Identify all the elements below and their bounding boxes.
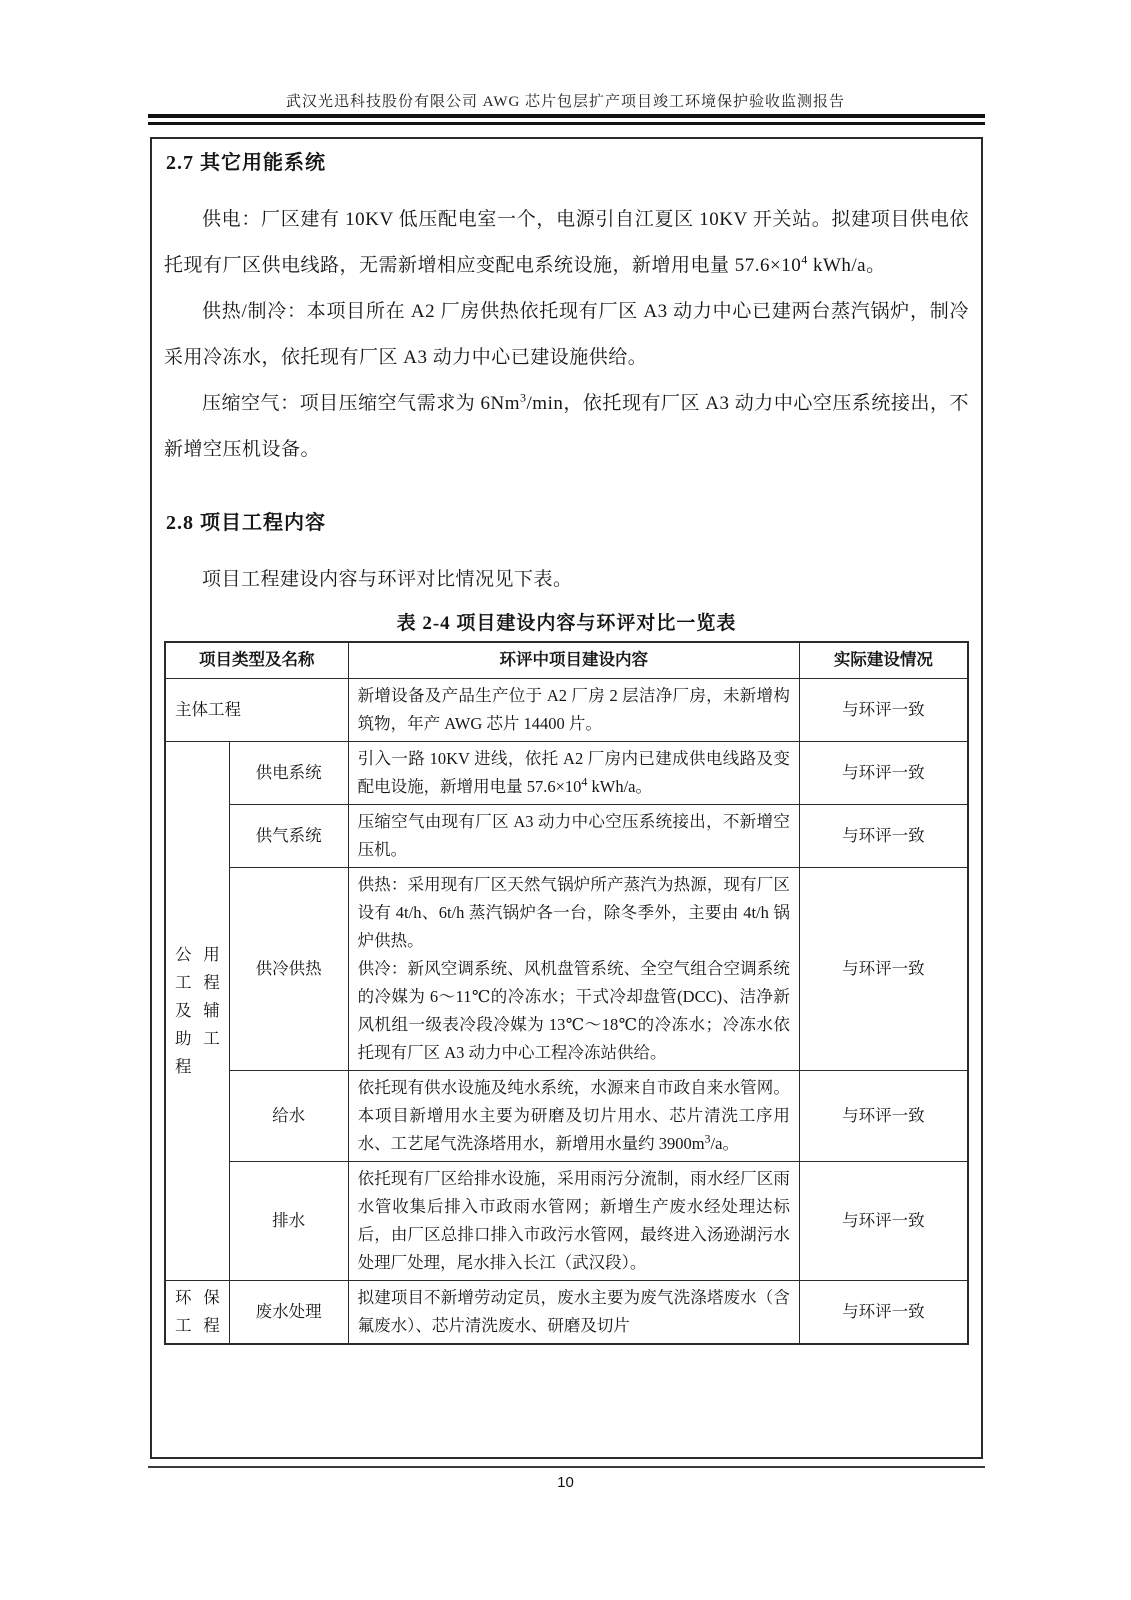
document-header-title: 武汉光迅科技股份有限公司 AWG 芯片包层扩产项目竣工环境保护验收监测报告 [0,90,1131,111]
column-header-actual: 实际建设情况 [799,642,968,678]
group-label-env-protection: 环保工程 [165,1280,229,1344]
row-content-main-project: 新增设备及产品生产位于 A2 厂房 2 层洁净厂房，未新增构筑物，年产 AWG … [348,678,799,741]
row-content-wastewater: 拟建项目不新增劳动定员，废水主要为废气洗涤塔废水（含氟废水）、芯片清洗废水、研磨… [348,1280,799,1344]
row-label-wastewater: 废水处理 [229,1280,348,1344]
paragraph-power-supply: 供电：厂区建有 10KV 低压配电室一个，电源引自江夏区 10KV 开关站。拟建… [164,197,969,289]
row-label-main-project: 主体工程 [165,678,348,741]
power-system-text: 引入一路 10KV 进线，依托 A2 厂房内已建成供电线路及变配电设施，新增用电… [358,749,790,796]
row-label-hvac: 供冷供热 [229,867,348,1070]
column-header-eia-content: 环评中项目建设内容 [348,642,799,678]
footer-rule [148,1466,985,1468]
column-header-type-name: 项目类型及名称 [165,642,348,678]
paragraph-table-intro: 项目工程建设内容与环评对比情况见下表。 [164,557,969,603]
row-label-drainage: 排水 [229,1161,348,1280]
row-label-gas-system: 供气系统 [229,804,348,867]
table-2-4-title: 表 2-4 项目建设内容与环评对比一览表 [164,609,969,639]
table-row-water-supply: 给水 依托现有供水设施及纯水系统，水源来自市政自来水管网。本项目新增用水主要为研… [165,1070,968,1161]
table-header-row: 项目类型及名称 环评中项目建设内容 实际建设情况 [165,642,968,678]
section-2-7-heading: 2.7 其它用能系统 [166,149,969,177]
status-drainage: 与环评一致 [799,1161,968,1280]
power-system-unit: kWh/a。 [587,777,652,796]
paragraph-power-supply-unit: kWh/a。 [808,255,886,276]
paragraph-compressed-air-text: 压缩空气：项目压缩空气需求为 6Nm [202,393,520,414]
hvac-cooling-text: 供冷：新风空调系统、风机盘管系统、全空气组合空调系统的冷媒为 6～11℃的冷冻水… [358,955,790,1067]
status-gas-system: 与环评一致 [799,804,968,867]
table-row-drainage: 排水 依托现有厂区给排水设施，采用雨污分流制，雨水经厂区雨水管收集后排入市政雨水… [165,1161,968,1280]
status-power-system: 与环评一致 [799,741,968,804]
section-2-8-heading: 2.8 项目工程内容 [166,509,969,537]
header-double-rule [148,114,985,125]
row-content-hvac: 供热：采用现有厂区天然气锅炉所产蒸汽为热源，现有厂区设有 4t/h、6t/h 蒸… [348,867,799,1070]
table-row-wastewater: 环保工程 废水处理 拟建项目不新增劳动定员，废水主要为废气洗涤塔废水（含氟废水）… [165,1280,968,1344]
table-row-hvac: 供冷供热 供热：采用现有厂区天然气锅炉所产蒸汽为热源，现有厂区设有 4t/h、6… [165,867,968,1070]
row-label-water-supply: 给水 [229,1070,348,1161]
table-row-power-system: 公用工程及辅助工程 供电系统 引入一路 10KV 进线，依托 A2 厂房内已建成… [165,741,968,804]
row-content-power-system: 引入一路 10KV 进线，依托 A2 厂房内已建成供电线路及变配电设施，新增用电… [348,741,799,804]
row-label-power-system: 供电系统 [229,741,348,804]
comparison-table: 项目类型及名称 环评中项目建设内容 实际建设情况 主体工程 新增设备及产品生产位… [164,641,969,1345]
page-number: 10 [0,1474,1131,1491]
status-hvac: 与环评一致 [799,867,968,1070]
table-row-gas-system: 供气系统 压缩空气由现有厂区 A3 动力中心空压系统接出，不新增空压机。 与环评… [165,804,968,867]
hvac-heating-text: 供热：采用现有厂区天然气锅炉所产蒸汽为热源，现有厂区设有 4t/h、6t/h 蒸… [358,871,790,955]
group-label-public-works: 公用工程及辅助工程 [165,741,229,1280]
page-content-frame: 2.7 其它用能系统 供电：厂区建有 10KV 低压配电室一个，电源引自江夏区 … [150,137,983,1459]
status-wastewater: 与环评一致 [799,1280,968,1344]
row-content-drainage: 依托现有厂区给排水设施，采用雨污分流制，雨水经厂区雨水管收集后排入市政雨水管网；… [348,1161,799,1280]
table-row-main-project: 主体工程 新增设备及产品生产位于 A2 厂房 2 层洁净厂房，未新增构筑物，年产… [165,678,968,741]
water-supply-unit: /a。 [711,1134,739,1153]
status-water-supply: 与环评一致 [799,1070,968,1161]
paragraph-compressed-air: 压缩空气：项目压缩空气需求为 6Nm3/min，依托现有厂区 A3 动力中心空压… [164,381,969,473]
row-content-gas-system: 压缩空气由现有厂区 A3 动力中心空压系统接出，不新增空压机。 [348,804,799,867]
status-main-project: 与环评一致 [799,678,968,741]
paragraph-heating-cooling: 供热/制冷：本项目所在 A2 厂房供热依托现有厂区 A3 动力中心已建两台蒸汽锅… [164,289,969,381]
row-content-water-supply: 依托现有供水设施及纯水系统，水源来自市政自来水管网。本项目新增用水主要为研磨及切… [348,1070,799,1161]
